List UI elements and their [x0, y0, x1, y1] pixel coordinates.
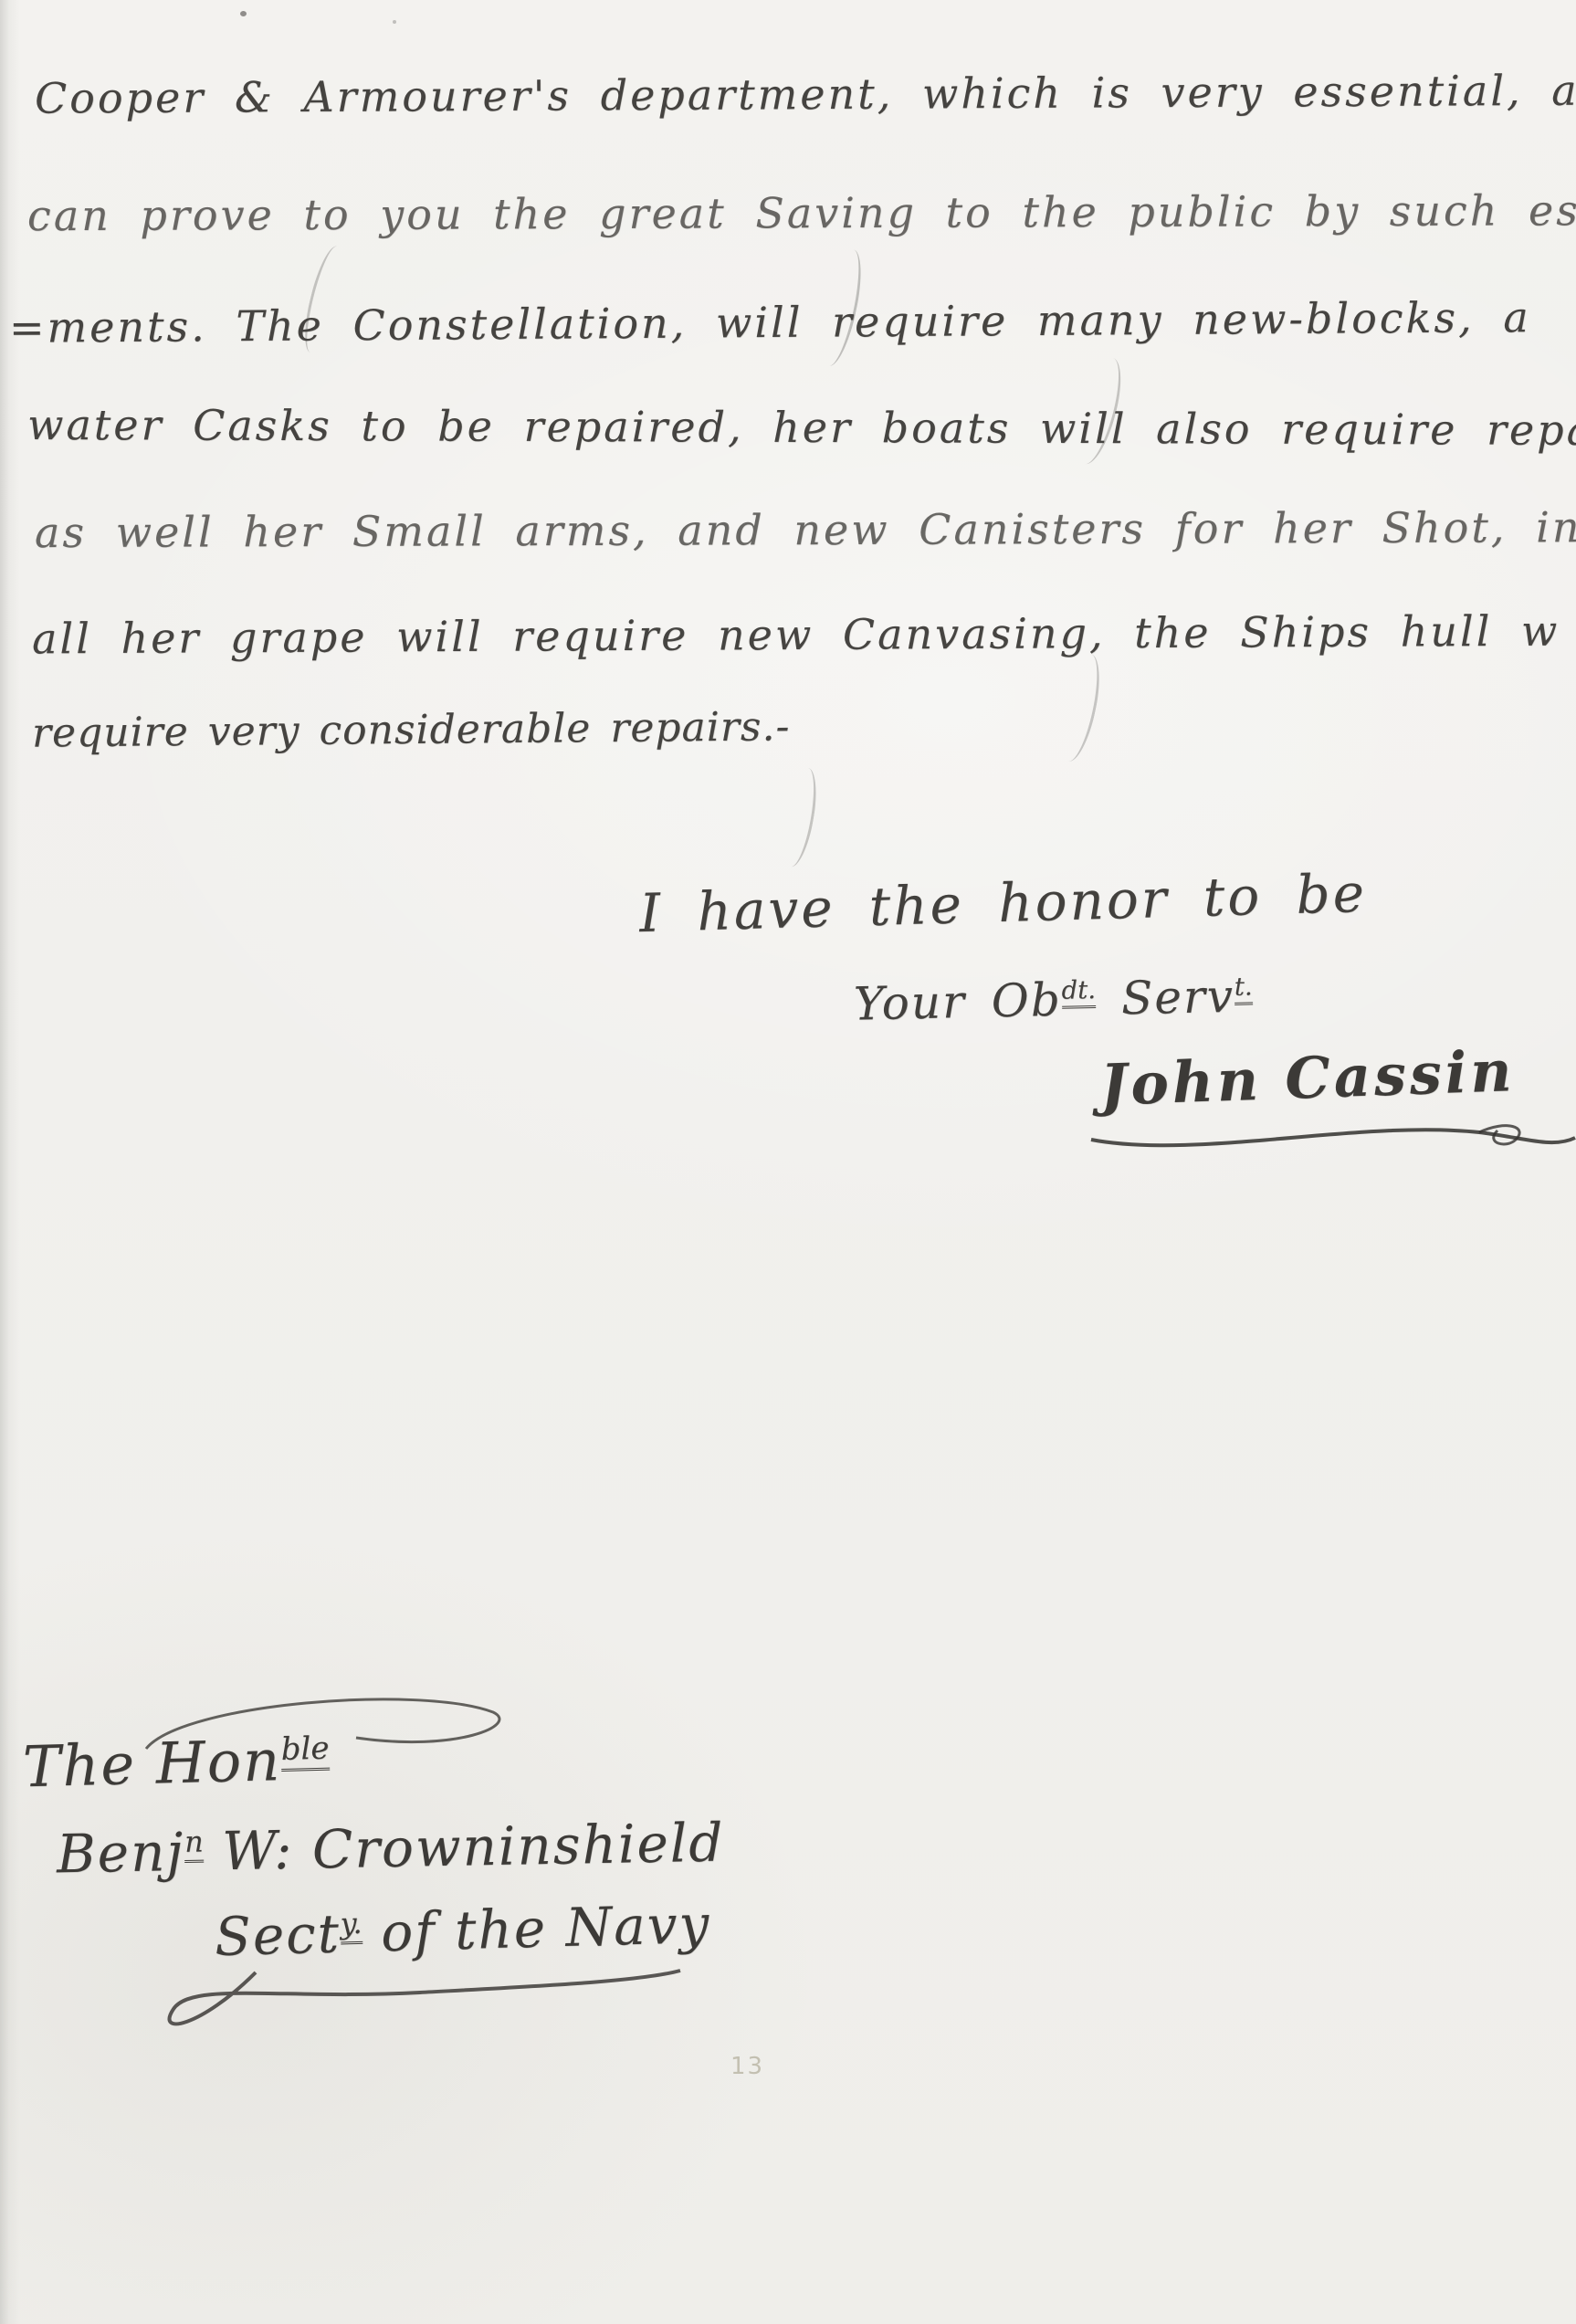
scan-speck	[240, 11, 247, 16]
paper-background: Cooper & Armourer's department, which is…	[0, 0, 1576, 2324]
pencil-archive-mark: 13	[730, 2053, 764, 2080]
letter-line-5: as well her Small arms, and new Canister…	[35, 506, 1576, 553]
letter-line-7: require very considerable repairs.-	[32, 707, 791, 753]
address-superscript-n: n	[184, 1824, 204, 1862]
signature-john-cassin: John Cassin	[1099, 1043, 1516, 1114]
address-title-rest: of the Navy	[362, 1893, 711, 1964]
letter-line-2: can prove to you the great Saving to the…	[27, 189, 1576, 237]
address-title-line: Secty. of the Navy	[214, 1898, 711, 1963]
descender-flourish	[777, 765, 823, 869]
address-honorific-line: The Honble	[22, 1731, 330, 1796]
closing-servant-line: Your Obdt. Servt.	[854, 973, 1254, 1026]
letter-line-3: =ments. The Constellation, will require …	[9, 296, 1531, 349]
address-name-line: Benjn W: Crowninshield	[57, 1816, 725, 1881]
address-name-prefix: Benj	[56, 1821, 184, 1885]
closing-superscript-t: t.	[1234, 973, 1253, 1005]
address-superscript-ble: ble	[280, 1730, 330, 1772]
letter-line-6: all her grape will require new Canvasing…	[32, 610, 1560, 660]
address-underline-flourish	[146, 1954, 694, 2045]
descender-flourish	[1053, 651, 1107, 765]
address-title-prefix: Sect	[214, 1903, 341, 1969]
closing-honor-line: I have the honor to be	[638, 867, 1367, 940]
closing-servant-mid: Serv	[1096, 970, 1235, 1025]
letter-line-4: water Casks to be repaired, her boats wi…	[27, 404, 1576, 451]
address-honorific-prefix: The Hon	[22, 1727, 282, 1800]
letter-line-1: Cooper & Armourer's department, which is…	[35, 68, 1576, 119]
signature-flourish	[1087, 1112, 1576, 1167]
address-name-rest: W: Crowninshield	[203, 1812, 725, 1883]
closing-superscript-dt: dt.	[1061, 975, 1096, 1009]
closing-servant-prefix: Your Ob	[853, 973, 1062, 1031]
scanned-letter-page: { "document": { "kind": "handwritten-let…	[0, 0, 1576, 2324]
address-superscript-y: y.	[340, 1906, 362, 1945]
scan-speck	[393, 20, 396, 24]
